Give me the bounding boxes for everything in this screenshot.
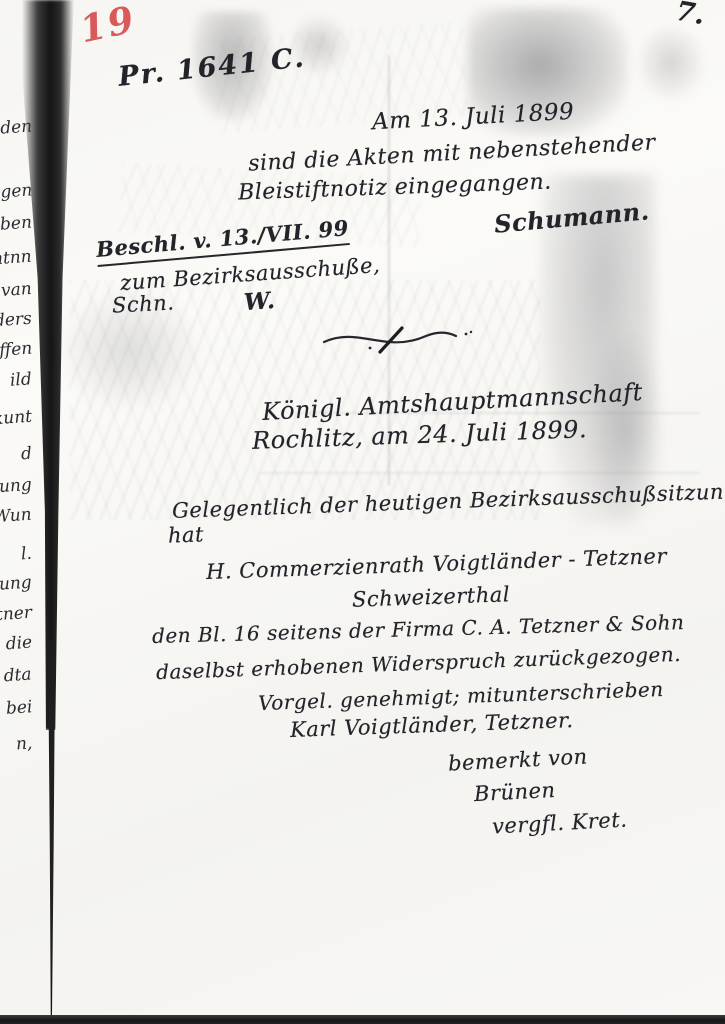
margin-fragment: l.	[20, 544, 32, 565]
margin-fragment: ders	[0, 309, 33, 332]
body-line: Schweizerthal	[352, 582, 511, 612]
margin-fragment: n,	[15, 733, 33, 754]
margin-fragment: tner	[0, 603, 33, 625]
margin-fragment: d	[20, 444, 32, 465]
margin-fragment: ß die	[0, 633, 33, 656]
margin-fragment: ild	[10, 369, 33, 390]
margin-fragment: ntnn	[0, 247, 33, 270]
margin-fragment: van	[1, 279, 33, 301]
margin-fragment: legen	[0, 180, 33, 203]
closing-line: bemerkt von	[447, 744, 588, 775]
closing-line: vergfl. Kret.	[491, 807, 627, 838]
margin-fragment: k dta	[0, 665, 33, 688]
margin-fragment: eben	[0, 213, 33, 236]
closing-line: Brünen	[473, 778, 556, 806]
decree-initials-left: Schn.	[111, 290, 175, 317]
margin-fragment: kunt	[0, 407, 33, 430]
archive-page-number: 19	[76, 0, 139, 51]
body-line: Vorgel. genehmigt; mitunterschrieben	[258, 677, 664, 715]
body-line: H. Commerzienrath Voigtländer - Tetzner	[206, 544, 668, 584]
body-line: daselbst erhobenen Widerspruch zurückgez…	[156, 642, 682, 684]
received-date-line: Am 13. Juli 1899	[371, 99, 574, 136]
margin-fragment: Wun	[0, 505, 33, 528]
registry-number: Pr. 1641 C.	[117, 42, 307, 92]
body-line: hat	[168, 522, 205, 547]
scan-bottom-edge	[0, 1015, 725, 1024]
paper-crease-horizontal	[260, 472, 700, 474]
received-note-line: sind die Akten mit nebenstehender	[248, 130, 657, 176]
signature-schumann: Schumann.	[493, 196, 650, 238]
margin-fragment: nung	[0, 572, 33, 595]
margin-fragment: bei	[5, 697, 33, 719]
folio-number: 7.	[674, 0, 708, 31]
margin-fragment: offen	[0, 339, 33, 362]
body-line: den Bl. 16 seitens der Firma C. A. Tetzn…	[152, 610, 685, 648]
margin-fragment: ung	[0, 475, 33, 497]
section-divider-flourish	[318, 322, 478, 358]
decree-initials-right: W.	[243, 287, 276, 316]
signatures-line: Karl Voigtländer, Tetzner.	[290, 708, 574, 742]
received-note-line: Bleistiftnotiz eingegangen.	[238, 170, 552, 206]
toner-smudge	[636, 24, 706, 102]
body-line: Gelegentlich der heutigen Bezirksausschu…	[172, 479, 725, 523]
